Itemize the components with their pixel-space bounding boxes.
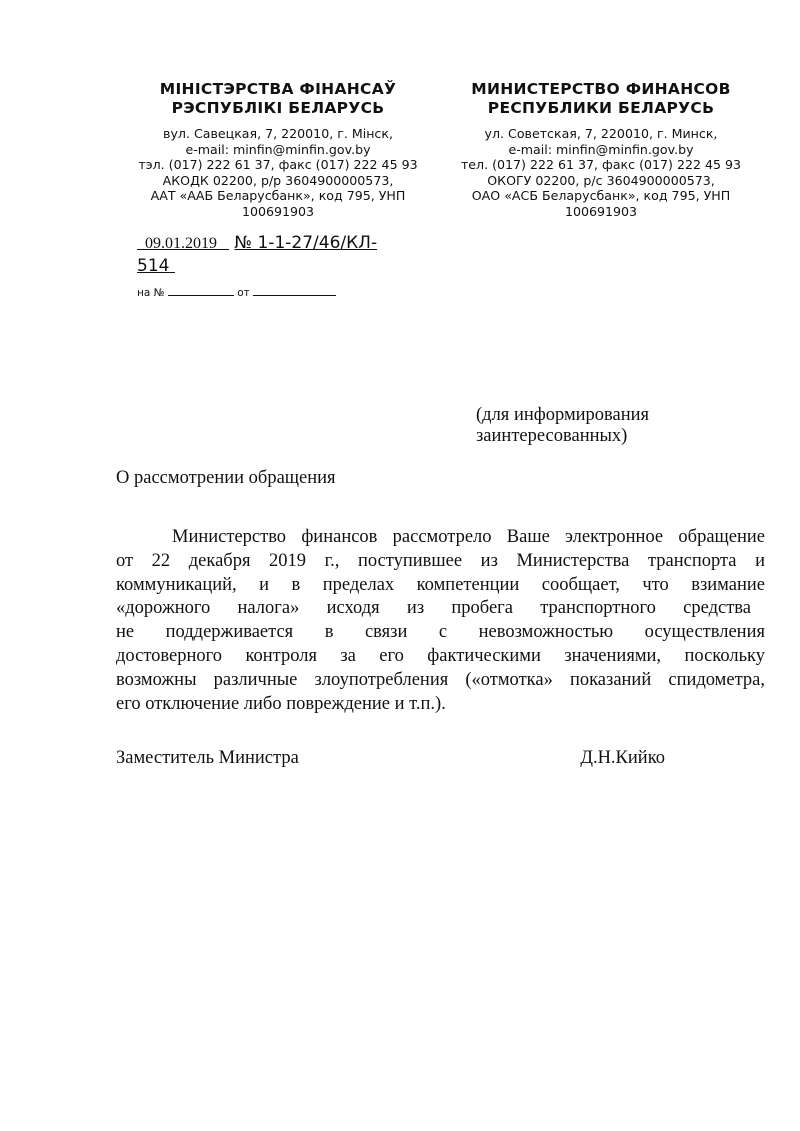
registration-number-line2: 514 (137, 256, 169, 276)
letter-subject: О рассмотрении обращения (116, 468, 336, 489)
body-line: Министерство финансов рассмотрело Ваше э… (116, 526, 765, 550)
unp-line: 100691903 (434, 204, 768, 220)
body-line: не поддерживается в связи с невозможност… (116, 621, 765, 645)
addressee-line1: (для информирования (476, 405, 649, 426)
account-line: ОКОГУ 02200, р/с 3604900000573, (434, 173, 768, 189)
phone-line: тел. (017) 222 61 37, факс (017) 222 45 … (434, 157, 768, 173)
ref-number-blank (168, 285, 234, 296)
bank-line: ОАО «АСБ Беларусбанк», код 795, УНП (434, 188, 768, 204)
address-line: вул. Савецкая, 7, 220010, г. Мінск, (118, 126, 438, 142)
ref-date-blank (253, 285, 336, 296)
signatory-name: Д.Н.Кийко (580, 748, 665, 769)
org-name-line2: РЕСПУБЛИКИ БЕЛАРУСЬ (434, 99, 768, 118)
org-address-block: вул. Савецкая, 7, 220010, г. Мінск, e-ma… (118, 126, 438, 220)
signatory-position: Заместитель Министра (116, 748, 299, 769)
address-line: ул. Советская, 7, 220010, г. Минск, (434, 126, 768, 142)
registration-date-field: 09.01.2019 (137, 235, 229, 252)
ref-date-label: от (237, 287, 250, 299)
letter-body: Министерство финансов рассмотрело Ваше э… (116, 526, 765, 716)
org-address-block: ул. Советская, 7, 220010, г. Минск, e-ma… (434, 126, 768, 220)
ref-number-label: на № (137, 287, 165, 299)
addressee-line2: заинтересованных) (476, 426, 649, 447)
org-name-line1: МІНІСТЭРСТВА ФІНАНСАЎ (118, 80, 438, 99)
bank-line: ААТ «ААБ Беларусбанк», код 795, УНП (118, 188, 438, 204)
letterhead-belarusian: МІНІСТЭРСТВА ФІНАНСАЎ РЭСПУБЛІКІ БЕЛАРУС… (118, 80, 438, 220)
registration-number-line1: № 1-1-27/46/КЛ- (234, 233, 377, 253)
org-name-line1: МИНИСТЕРСТВО ФИНАНСОВ (434, 80, 768, 99)
unp-line: 100691903 (118, 204, 438, 220)
email-line: e-mail: minfin@minfin.gov.by (434, 142, 768, 158)
registration-date: 09.01.2019 (145, 235, 217, 252)
registration-line: 09.01.2019 № 1-1-27/46/КЛ- 514 (137, 232, 437, 277)
body-line: его отключение либо повреждение и т.п.). (116, 693, 765, 717)
org-name-line2: РЭСПУБЛІКІ БЕЛАРУСЬ (118, 99, 438, 118)
email-line: e-mail: minfin@minfin.gov.by (118, 142, 438, 158)
body-line: от 22 декабря 2019 г., поступившее из Ми… (116, 550, 765, 574)
reference-line: на № от (137, 285, 336, 299)
addressee-block: (для информирования заинтересованных) (476, 405, 649, 447)
letterhead-russian: МИНИСТЕРСТВО ФИНАНСОВ РЕСПУБЛИКИ БЕЛАРУС… (434, 80, 768, 220)
account-line: АКОДК 02200, р/р 3604900000573, (118, 173, 438, 189)
body-line: возможны различные злоупотребления («отм… (116, 669, 765, 693)
letter-page: МІНІСТЭРСТВА ФІНАНСАЎ РЭСПУБЛІКІ БЕЛАРУС… (0, 0, 800, 1131)
phone-line: тэл. (017) 222 61 37, факс (017) 222 45 … (118, 157, 438, 173)
body-line: достоверного контроля за его фактическим… (116, 645, 765, 669)
body-line: коммуникаций, и в пределах компетенции с… (116, 574, 765, 598)
body-line: «дорожного налога» исходя из пробега тра… (116, 597, 765, 621)
